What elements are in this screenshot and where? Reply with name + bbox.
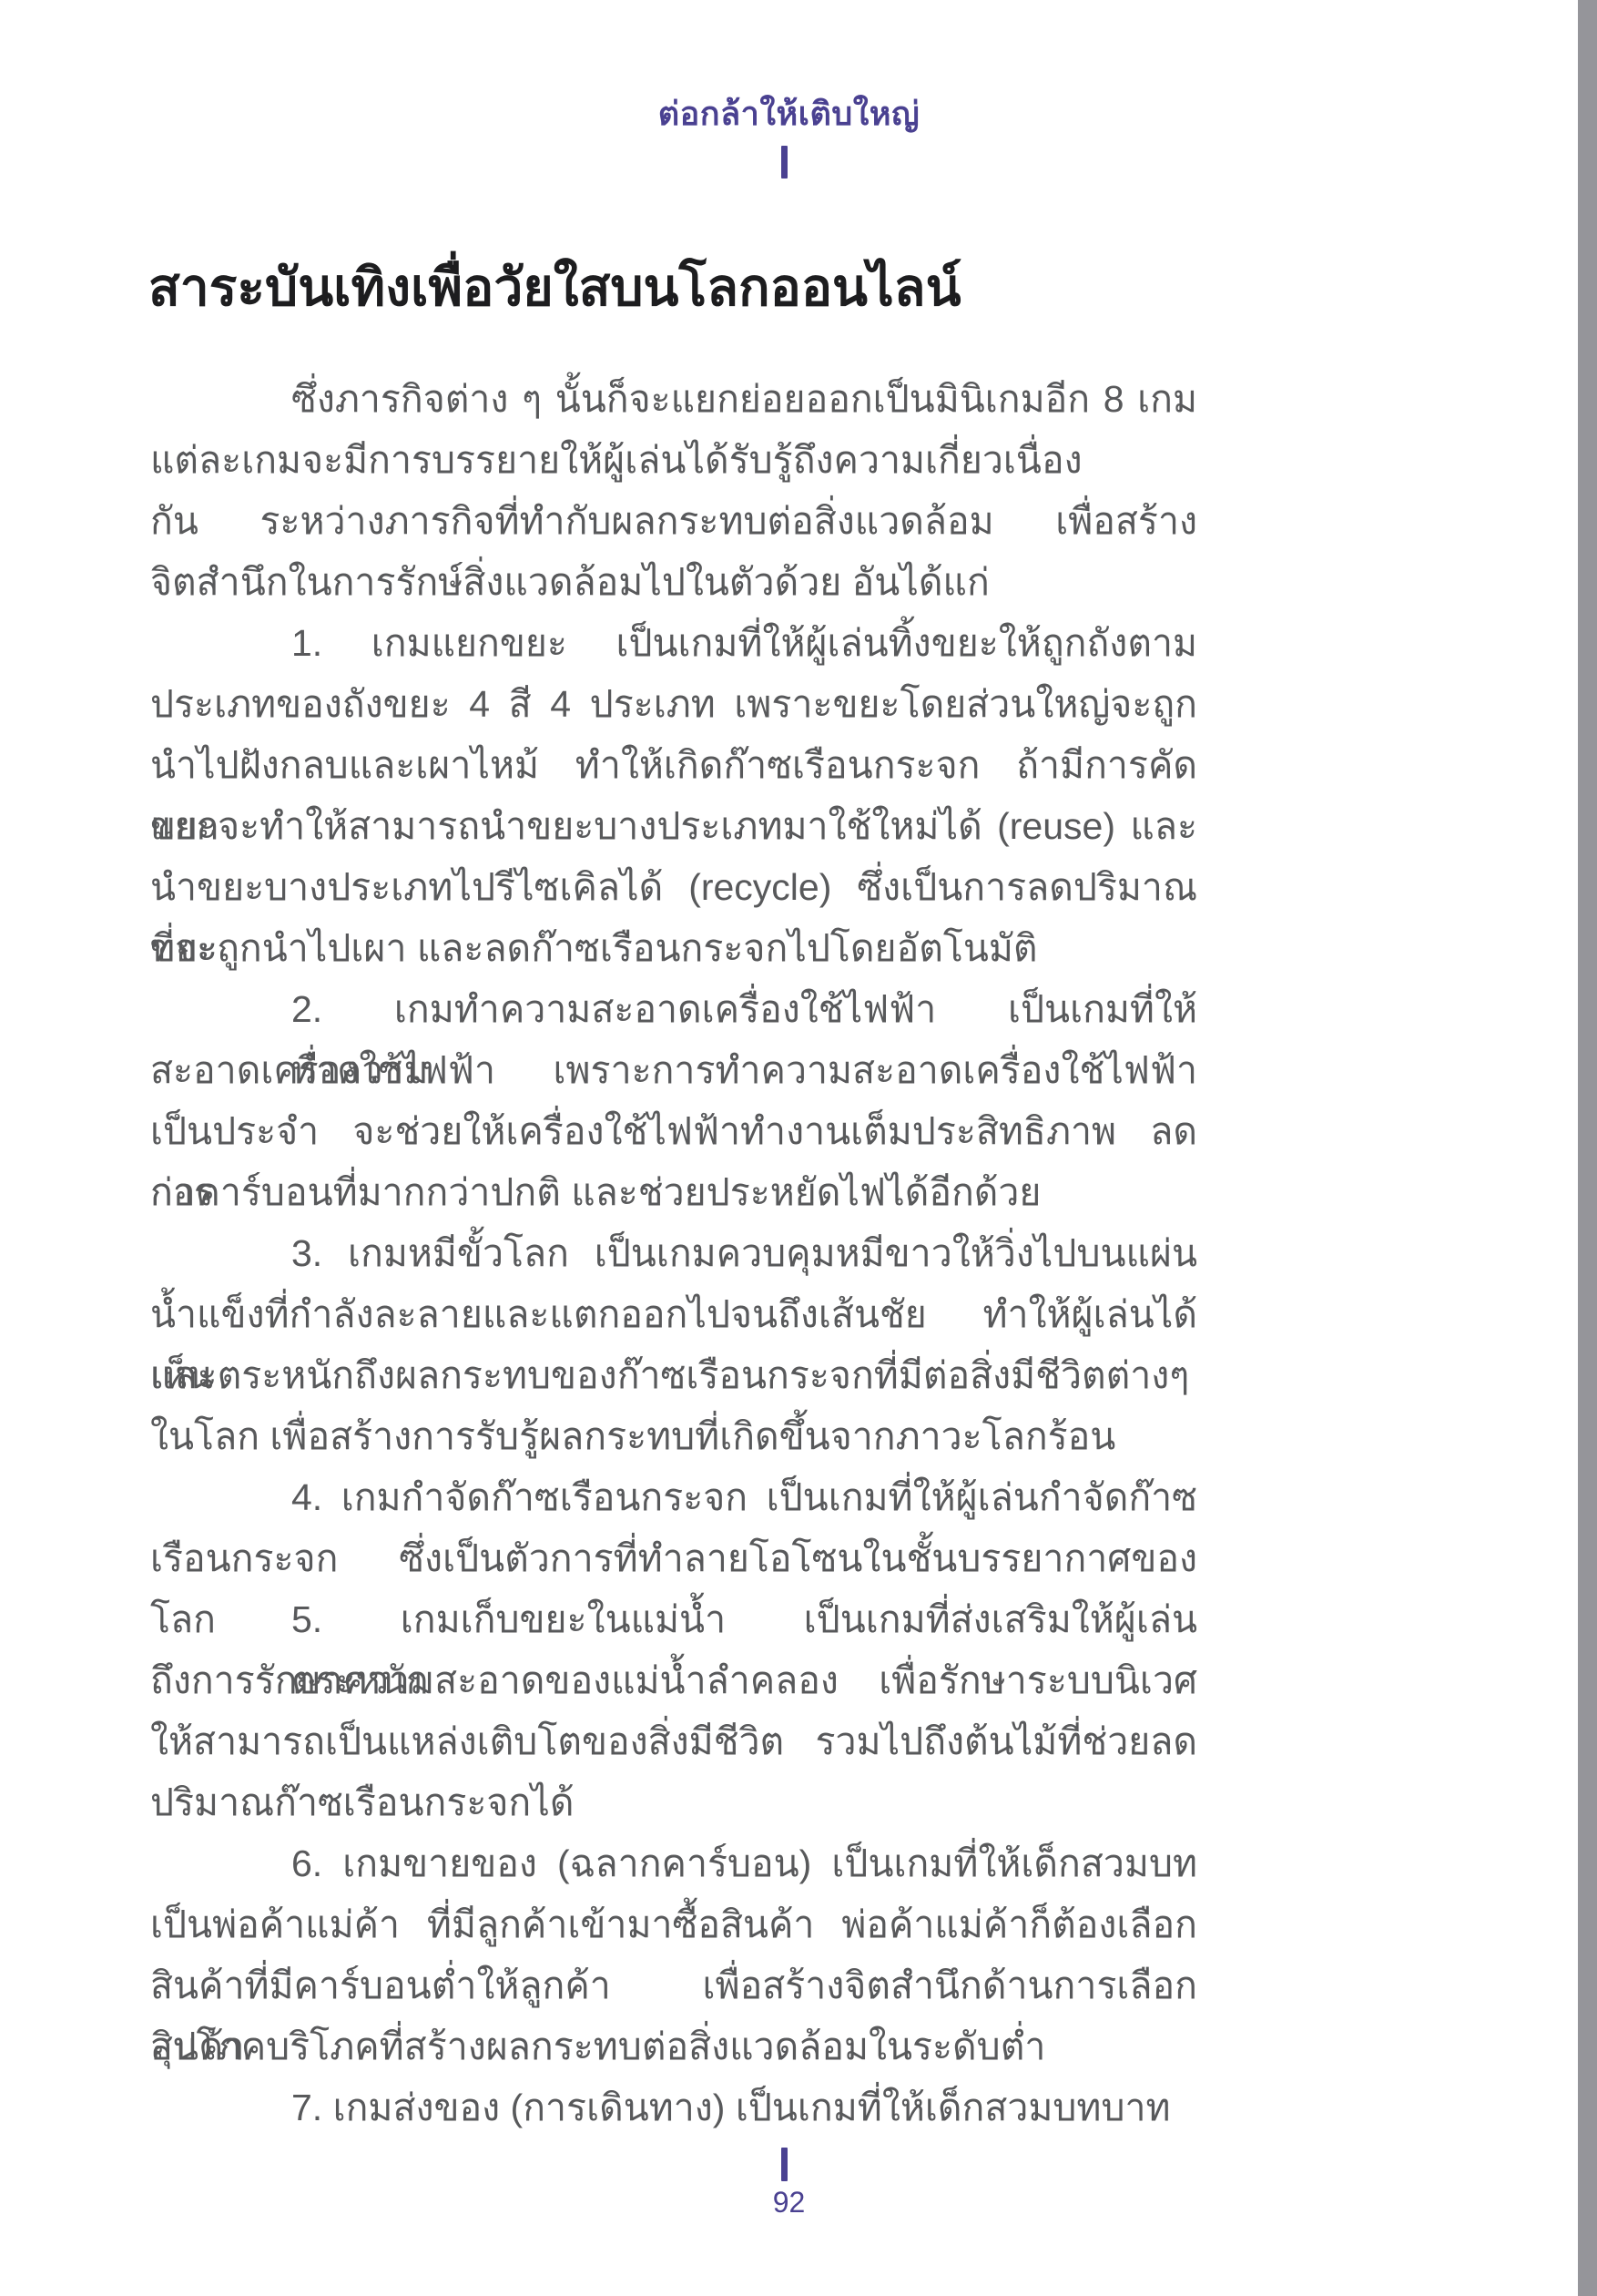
body-line: น้ำแข็งที่กำลังละลายและแตกออกไปจนถึงเส้น… [150,1284,1197,1345]
body-line: ให้สามารถเป็นแหล่งเติบโตของสิ่งมีชีวิต ร… [150,1711,1197,1772]
body-line: สินค้าที่มีคาร์บอนต่ำให้ลูกค้า เพื่อสร้า… [150,1955,1197,2016]
body-line: ที่จะถูกนำไปเผา และลดก๊าซเรือนกระจกไปโดย… [150,918,1197,979]
footer-divider-bar [781,2148,788,2181]
body-line: เป็นพ่อค้าแม่ค้า ที่มีลูกค้าเข้ามาซื้อสิ… [150,1894,1197,1955]
body-line: 5. เกมเก็บขยะในแม่น้ำ เป็นเกมที่ส่งเสริม… [150,1589,1197,1650]
body-line: นำขยะบางประเภทไปรีไซเคิลได้ (recycle) ซึ… [150,857,1197,918]
body-line: และตระหนักถึงผลกระทบของก๊าซเรือนกระจกที่… [150,1345,1197,1406]
header-divider-bar [781,146,788,179]
body-line: เรือนกระจก ซึ่งเป็นตัวการที่ทำลายโอโซนใน… [150,1528,1197,1589]
body-line: ซึ่งภารกิจต่าง ๆ นั้นก็จะแยกย่อยออกเป็นม… [150,369,1197,430]
running-header-title: ต่อกล้าให้เติบใหญ่ [0,87,1578,139]
body-line: 6. เกมขายของ (ฉลากคาร์บอน) เป็นเกมที่ให้… [150,1833,1197,1894]
body-line: ปริมาณก๊าซเรือนกระจกได้ [150,1772,1197,1833]
body-line: กัน ระหว่างภารกิจที่ทำกับผลกระทบต่อสิ่งแ… [150,491,1197,552]
body-line: ขยะจะทำให้สามารถนำขยะบางประเภทมาใช้ใหม่ไ… [150,796,1197,857]
body-line: 3. เกมหมีขั้วโลก เป็นเกมควบคุมหมีขาวให้ว… [150,1223,1197,1284]
body-line: 1. เกมแยกขยะ เป็นเกมที่ให้ผู้เล่นทิ้งขยะ… [150,613,1197,674]
body-line: 2. เกมทำความสะอาดเครื่องใช้ไฟฟ้า เป็นเกม… [150,979,1197,1040]
body-line: แต่ละเกมจะมีการบรรยายให้ผู้เล่นได้รับรู้… [150,430,1197,491]
page-title: สาระบันเทิงเพื่อวัยใสบนโลกออนไลน์ [148,257,1469,319]
body-line: อุปโภคบริโภคที่สร้างผลกระทบต่อสิ่งแวดล้อ… [150,2016,1197,2077]
body-line: ก่อคาร์บอนที่มากกว่าปกติ และช่วยประหยัดไ… [150,1162,1197,1223]
body-line: 7. เกมส่งของ (การเดินทาง) เป็นเกมที่ให้เ… [150,2077,1197,2138]
body-line: ประเภทของถังขยะ 4 สี 4 ประเภท เพราะขยะโด… [150,674,1197,735]
body-line: 4. เกมกำจัดก๊าซเรือนกระจก เป็นเกมที่ให้ผ… [150,1467,1197,1528]
body-line: นำไปฝังกลบและเผาไหม้ ทำให้เกิดก๊าซเรือนก… [150,735,1197,796]
body-line: สะอาดเครื่องใช้ไฟฟ้า เพราะการทำความสะอาด… [150,1040,1197,1101]
body-line: ถึงการรักษาความสะอาดของแม่น้ำลำคลอง เพื่… [150,1650,1197,1711]
page-edge-band [1578,0,1597,2296]
book-page: ต่อกล้าให้เติบใหญ่ สาระบันเทิงเพื่อวัยใส… [0,0,1597,2296]
body-line: ในโลก เพื่อสร้างการรับรู้ผลกระทบที่เกิดข… [150,1406,1197,1467]
body-text: ซึ่งภารกิจต่าง ๆ นั้นก็จะแยกย่อยออกเป็นม… [150,369,1197,2138]
page-number: 92 [0,2186,1578,2219]
body-line: เป็นประจำ จะช่วยให้เครื่องใช้ไฟฟ้าทำงานเ… [150,1101,1197,1162]
body-line: จิตสำนึกในการรักษ์สิ่งแวดล้อมไปในตัวด้วย… [150,552,1197,613]
